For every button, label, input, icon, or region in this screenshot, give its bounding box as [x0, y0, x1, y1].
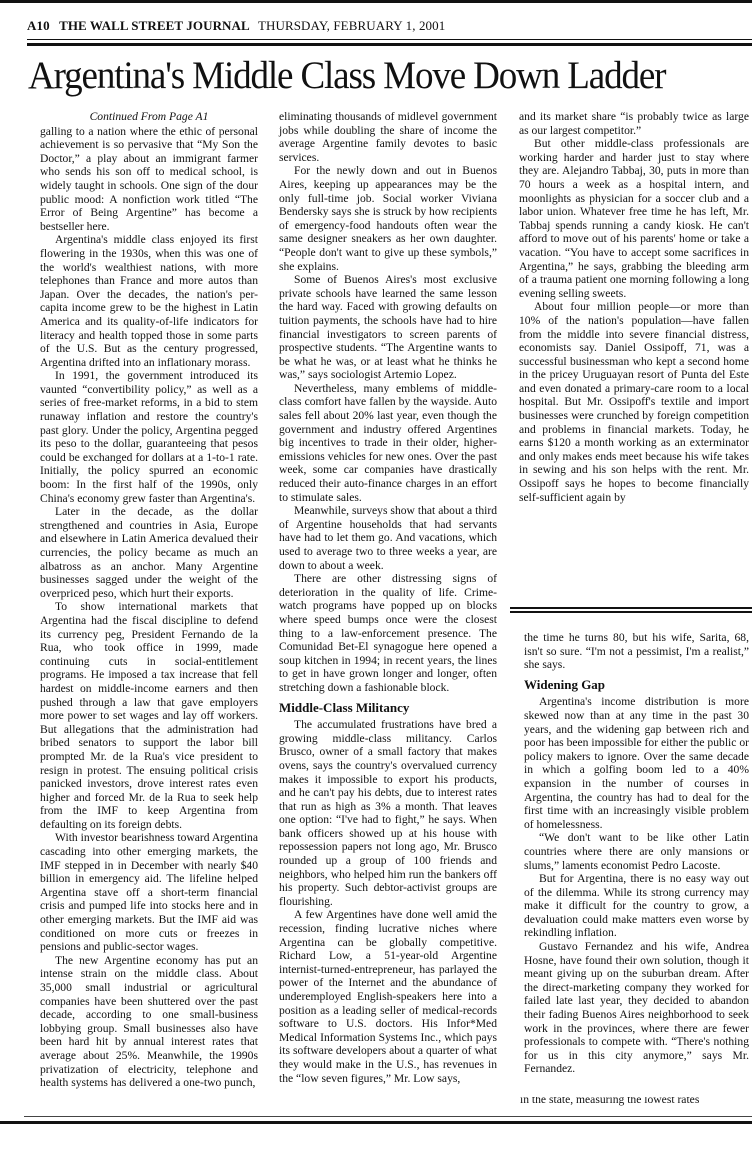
paragraph: the time he turns 80, but his wife, Sari…	[524, 631, 749, 672]
paragraph: Meanwhile, surveys show that about a thi…	[279, 504, 497, 572]
paragraph: Some of Buenos Aires's most exclusive pr…	[279, 273, 497, 382]
paragraph: For the newly down and out in Buenos Air…	[279, 164, 497, 273]
publication-date: THURSDAY, FEBRUARY 1, 2001	[258, 18, 445, 33]
subheading-middle-class-militancy: Middle-Class Militancy	[279, 701, 497, 715]
paragraph: A few Argentines have done well amid the…	[279, 908, 497, 1085]
article-headline: Argentina's Middle Class Move Down Ladde…	[28, 53, 716, 99]
paragraph: The accumulated frustrations have bred a…	[279, 718, 497, 908]
cutoff-text-line: in the state, measuring the lowest rates	[520, 1097, 750, 1106]
top-border-rule	[0, 0, 752, 3]
bottom-rule-thin	[24, 1116, 752, 1117]
article-column-1: Continued From Page A1 galling to a nati…	[40, 110, 258, 1090]
subheading-widening-gap: Widening Gap	[524, 678, 749, 692]
paragraph: But for Argentina, there is no easy way …	[524, 872, 749, 940]
paragraph: Argentina's middle class enjoyed its fir…	[40, 233, 258, 369]
paragraph: Gustavo Fernandez and his wife, Andrea H…	[524, 940, 749, 1076]
paragraph: Nevertheless, many emblems of middle-cla…	[279, 382, 497, 504]
column-3-separator-rule	[510, 607, 752, 613]
paragraph: “We don't want to be like other Latin co…	[524, 831, 749, 872]
paragraph: eliminating thousands of midlevel govern…	[279, 110, 497, 164]
publication-name: THE WALL STREET JOURNAL	[59, 18, 250, 33]
continued-from-label: Continued From Page A1	[40, 110, 258, 124]
paragraph: galling to a nation where the ethic of p…	[40, 125, 258, 234]
masthead: A10 THE WALL STREET JOURNAL THURSDAY, FE…	[27, 18, 752, 34]
paragraph: Argentina's income distribution is more …	[524, 695, 749, 831]
masthead-rule	[27, 39, 752, 46]
cutoff-text: in the state, measuring the lowest rates	[520, 1097, 699, 1106]
paragraph: The new Argentine economy has put an int…	[40, 954, 258, 1090]
page-number: A10	[27, 18, 50, 33]
article-column-3-top: and its market share “is probably twice …	[519, 110, 749, 504]
paragraph: But other middle-class professionals are…	[519, 137, 749, 300]
article-column-3-bottom: the time he turns 80, but his wife, Sari…	[524, 631, 749, 1076]
paragraph: With investor bearishness toward Argenti…	[40, 831, 258, 953]
paragraph: Later in the decade, as the dollar stren…	[40, 505, 258, 600]
paragraph: About four million people—or more than 1…	[519, 300, 749, 504]
paragraph: In 1991, the government introduced its v…	[40, 369, 258, 505]
paragraph: and its market share “is probably twice …	[519, 110, 749, 137]
bottom-rule	[0, 1121, 752, 1124]
article-column-2: eliminating thousands of midlevel govern…	[279, 110, 497, 1085]
paragraph: There are other distressing signs of det…	[279, 572, 497, 694]
paragraph: To show international markets that Argen…	[40, 600, 258, 831]
